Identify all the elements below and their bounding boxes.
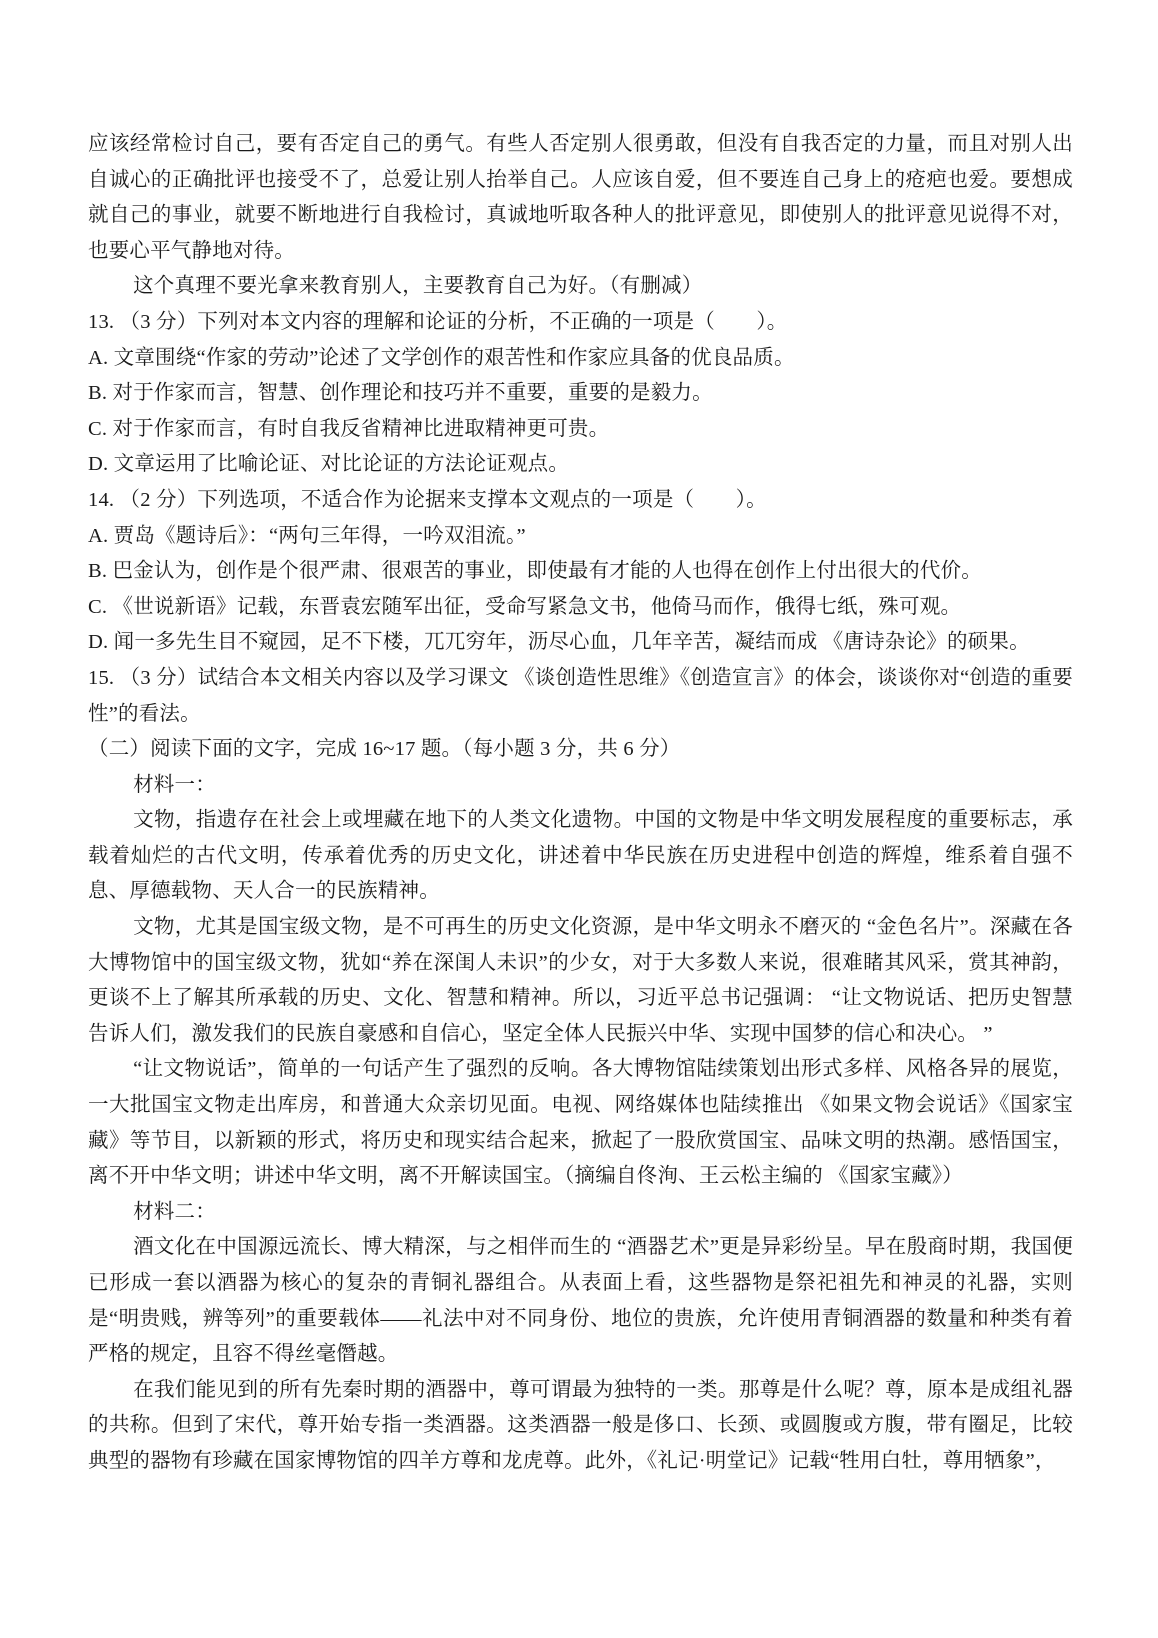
material-1-heading: 材料一：: [88, 768, 1073, 804]
option-14-b: B. 巴金认为，创作是个很严肃、很艰苦的事业，即使最有才能的人也得在创作上付出很…: [88, 554, 1073, 590]
option-14-a: A. 贾岛《题诗后》：“两句三年得，一吟双泪流。”: [88, 519, 1073, 555]
section-2-heading: （二）阅读下面的文字，完成 16~17 题。（每小题 3 分，共 6 分）: [88, 732, 1073, 768]
body-text-continuation: 应该经常检讨自己，要有否定自己的勇气。有些人否定别人很勇敢，但没有自我否定的力量…: [88, 127, 1073, 269]
material-2-heading: 材料二：: [88, 1195, 1073, 1231]
material-2-paragraph-2: 在我们能见到的所有先秦时期的酒器中，尊可谓最为独特的一类。那尊是什么呢？尊，原本…: [88, 1373, 1073, 1480]
material-1-paragraph-1: 文物，指遗存在社会上或埋藏在地下的人类文化遗物。中国的文物是中华文明发展程度的重…: [88, 803, 1073, 910]
option-13-d: D. 文章运用了比喻论证、对比论证的方法论证观点。: [88, 447, 1073, 483]
option-14-d: D. 闻一多先生目不窥园，足不下楼，兀兀穷年，沥尽心血，几年辛苦，凝结而成 《唐…: [88, 625, 1073, 661]
material-1-paragraph-2: 文物，尤其是国宝级文物，是不可再生的历史文化资源，是中华文明永不磨灭的 “金色名…: [88, 910, 1073, 1052]
text-body: 应该经常检讨自己，要有否定自己的勇气。有些人否定别人很勇敢，但没有自我否定的力量…: [88, 127, 1073, 1480]
question-15: 15. （3 分）试结合本文相关内容以及学习课文 《谈创造性思维》《创造宣言》的…: [88, 661, 1073, 732]
material-1-paragraph-3: “让文物说话”，简单的一句话产生了强烈的反响。各大博物馆陆续策划出形式多样、风格…: [88, 1052, 1073, 1194]
question-13: 13. （3 分）下列对本文内容的理解和论证的分析，不正确的一项是（ ）。: [88, 305, 1073, 341]
option-13-a: A. 文章围绕“作家的劳动”论述了文学创作的艰苦性和作家应具备的优良品质。: [88, 341, 1073, 377]
option-13-c: C. 对于作家而言，有时自我反省精神比进取精神更可贵。: [88, 412, 1073, 448]
document-page: 应该经常检讨自己，要有否定自己的勇气。有些人否定别人很勇敢，但没有自我否定的力量…: [0, 0, 1158, 1638]
question-14: 14. （2 分）下列选项，不适合作为论据来支撑本文观点的一项是（ ）。: [88, 483, 1073, 519]
material-2-paragraph-1: 酒文化在中国源远流长、博大精深，与之相伴而生的 “酒器艺术”更是异彩纷呈。早在殷…: [88, 1230, 1073, 1372]
option-13-b: B. 对于作家而言，智慧、创作理论和技巧并不重要，重要的是毅力。: [88, 376, 1073, 412]
body-text-closing: 这个真理不要光拿来教育别人，主要教育自己为好。（有删减）: [88, 269, 1073, 305]
option-14-c: C. 《世说新语》记载，东晋袁宏随军出征，受命写紧急文书，他倚马而作，俄得七纸，…: [88, 590, 1073, 626]
